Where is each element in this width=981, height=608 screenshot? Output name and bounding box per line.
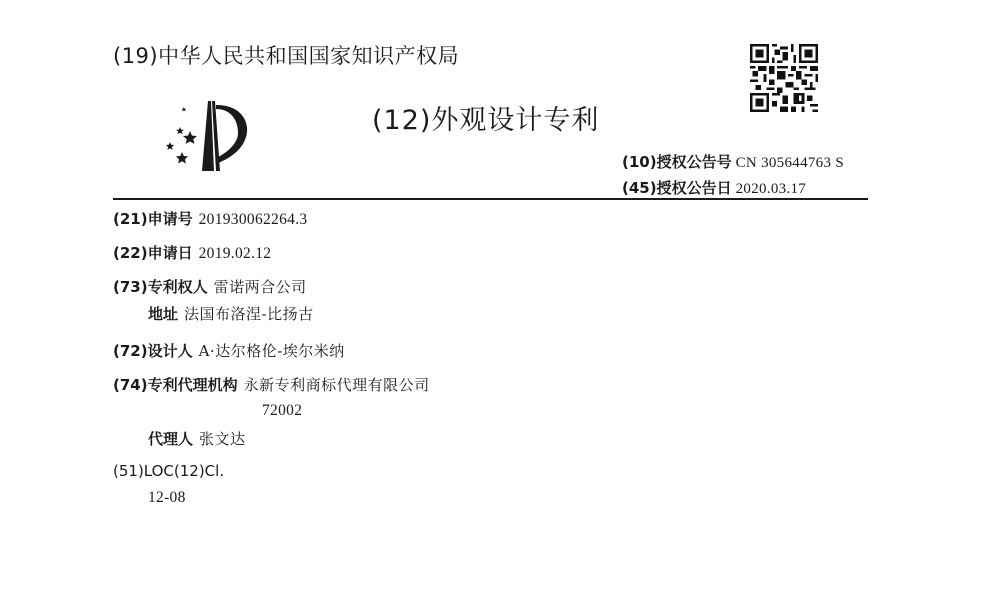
patentee-row: (73)专利权人雷诺两合公司 bbox=[113, 276, 307, 297]
agency-value: 永新专利商标代理有限公司 bbox=[244, 376, 430, 394]
agent-label: 代理人 bbox=[148, 430, 193, 448]
qr-code-icon[interactable] bbox=[750, 44, 818, 112]
application-number-row: (21)申请号201930062264.3 bbox=[113, 208, 307, 229]
publication-date-value: 2020.03.17 bbox=[736, 181, 807, 197]
loc-class-value-row: 12-08 bbox=[148, 488, 186, 507]
loc-class-value: 12-08 bbox=[148, 489, 186, 506]
loc-class-label: (51)LOC(12)Cl. bbox=[113, 462, 224, 480]
publication-number-label: (10)授权公告号 bbox=[622, 153, 732, 171]
address-label: 地址 bbox=[148, 305, 178, 323]
publication-date-label: (45)授权公告日 bbox=[622, 179, 732, 197]
designer-label: (72)设计人 bbox=[113, 342, 193, 360]
publication-number-row: (10)授权公告号CN 305644763 S bbox=[622, 151, 844, 172]
application-number-value: 201930062264.3 bbox=[199, 211, 308, 228]
designer-value: A·达尔格伦-埃尔米纳 bbox=[199, 342, 345, 360]
agency-code-row: 72002 bbox=[262, 401, 302, 420]
issuing-office: (19)中华人民共和国国家知识产权局 bbox=[113, 40, 459, 70]
patentee-label: (73)专利权人 bbox=[113, 278, 208, 296]
patentee-value: 雷诺两合公司 bbox=[214, 278, 307, 296]
agent-row: 代理人张文达 bbox=[148, 428, 246, 449]
application-date-label: (22)申请日 bbox=[113, 244, 193, 262]
address-row: 地址法国布洛涅-比扬古 bbox=[148, 303, 314, 324]
agency-row: (74)专利代理机构永新专利商标代理有限公司 bbox=[113, 374, 430, 395]
cnipa-logo-icon bbox=[158, 97, 254, 175]
agency-label: (74)专利代理机构 bbox=[113, 376, 238, 394]
loc-class-row: (51)LOC(12)Cl. bbox=[113, 462, 224, 480]
publication-number-value: CN 305644763 S bbox=[736, 155, 844, 171]
application-number-label: (21)申请号 bbox=[113, 210, 193, 228]
publication-date-row: (45)授权公告日2020.03.17 bbox=[622, 177, 806, 198]
document-type-title: (12)外观设计专利 bbox=[372, 98, 599, 137]
agent-value: 张文达 bbox=[199, 430, 246, 448]
agency-code-value: 72002 bbox=[262, 402, 302, 419]
application-date-value: 2019.02.12 bbox=[199, 245, 272, 262]
address-value: 法国布洛涅-比扬古 bbox=[184, 305, 314, 323]
application-date-row: (22)申请日2019.02.12 bbox=[113, 242, 271, 263]
header-divider bbox=[113, 198, 868, 200]
designer-row: (72)设计人A·达尔格伦-埃尔米纳 bbox=[113, 340, 345, 361]
